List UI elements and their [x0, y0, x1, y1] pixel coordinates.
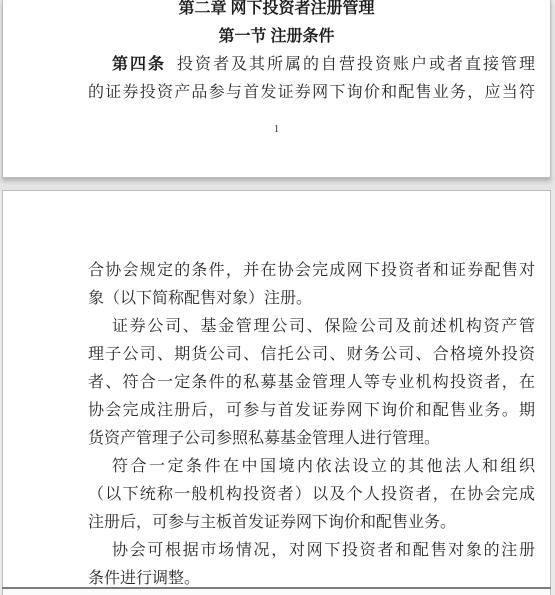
- text-line: 第四条投资者及其所属的自营投资账户或者直接管理: [88, 51, 535, 79]
- page-2-text: 合协会规定的条件，并在协会完成网下投资者和证券配售对象（以下简称配售对象）注册。…: [3, 191, 550, 593]
- text-line: 证券公司、基金管理公司、保险公司及前述机构资产管: [88, 313, 535, 341]
- text-line: 协会可根据市场情况，对网下投资者和配售对象的注册: [88, 537, 535, 565]
- bottom-rule: [2, 587, 551, 589]
- text-line: 符合一定条件在中国境内依法设立的其他法人和组织: [88, 453, 535, 481]
- section-heading: 第一节 注册条件: [3, 23, 550, 51]
- document-page-2: 合协会规定的条件，并在协会完成网下投资者和证券配售对象（以下简称配售对象）注册。…: [2, 190, 551, 595]
- page-1-content: 第二章 网下投资者注册管理 第一节 注册条件 第四条投资者及其所属的自营投资账户…: [3, 0, 550, 134]
- text-line: 注册后，可参与主板首发证券网下询价和配售业务。: [88, 509, 535, 537]
- chapter-heading: 第二章 网下投资者注册管理: [3, 0, 550, 23]
- article-number-label: 第四条: [112, 56, 166, 73]
- viewport-bottom-area: [3, 589, 549, 595]
- text-line: 协会完成注册后，可参与首发证券网下询价和配售业务。期: [88, 397, 535, 425]
- text-line: 合协会规定的条件，并在协会完成网下投资者和证券配售对: [88, 257, 535, 285]
- text-line: 货资产管理子公司参照私募基金管理人进行管理。: [88, 425, 535, 453]
- page-number: 1: [3, 124, 550, 134]
- text-line: 象（以下简称配售对象）注册。: [88, 285, 535, 313]
- document-page-1: 第二章 网下投资者注册管理 第一节 注册条件 第四条投资者及其所属的自营投资账户…: [2, 0, 551, 178]
- text-line-content: 投资者及其所属的自营投资账户或者直接管理: [177, 56, 535, 73]
- text-line: 的证券投资产品参与首发证券网下询价和配售业务，应当符: [88, 79, 535, 107]
- article-paragraph: 第四条投资者及其所属的自营投资账户或者直接管理 的证券投资产品参与首发证券网下询…: [3, 51, 550, 107]
- text-line: （以下统称一般机构投资者）以及个人投资者，在协会完成: [88, 481, 535, 509]
- page-gap: [0, 178, 555, 190]
- text-line: 理子公司、期货公司、信托公司、财务公司、合格境外投资: [88, 341, 535, 369]
- text-line: 者、符合一定条件的私募基金管理人等专业机构投资者，在: [88, 369, 535, 397]
